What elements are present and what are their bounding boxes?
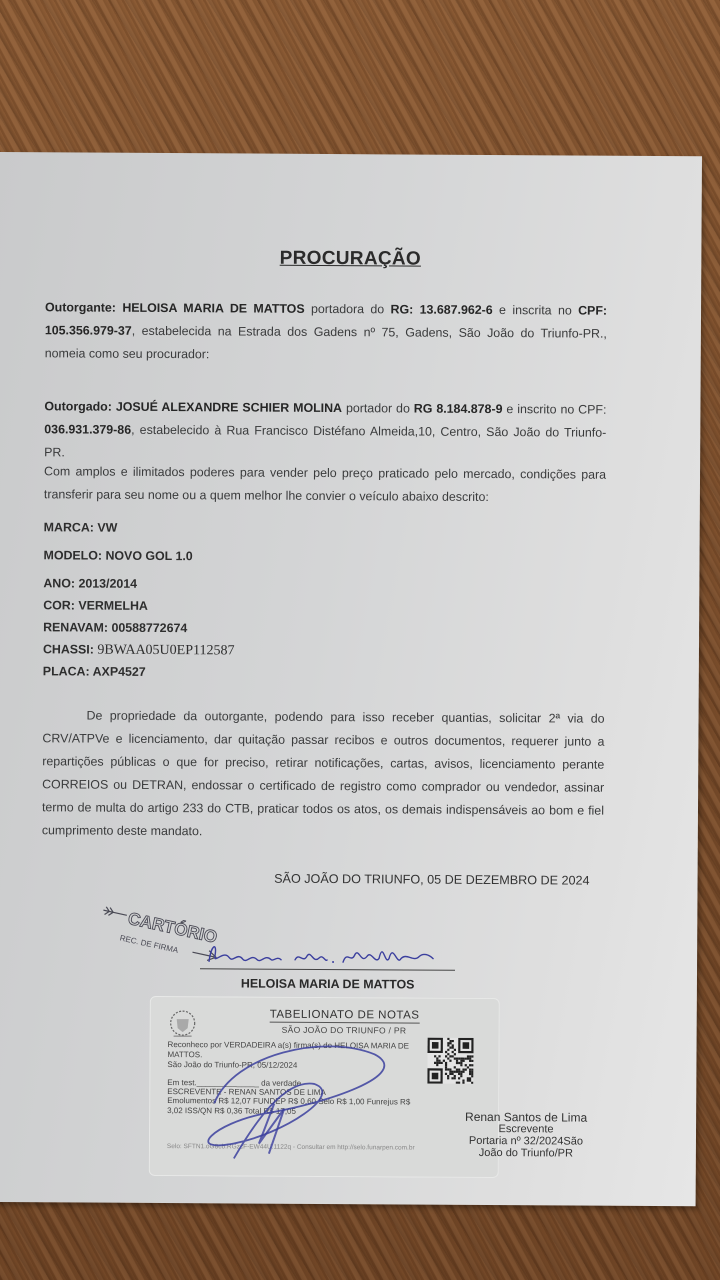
vehicle-field-value: 9BWAA05U0EP112587 xyxy=(97,643,234,659)
vehicle-field: CHASSI: 9BWAA05U0EP112587 xyxy=(43,642,235,659)
vehicle-field-label: COR: xyxy=(43,598,78,612)
outorgado-paragraph: Outorgado: JOSUÉ ALEXANDRE SCHIER MOLINA… xyxy=(44,395,606,467)
vehicle-field-label: CHASSI: xyxy=(43,642,97,656)
notary-fees: Emolumentos R$ 12,07 FUNDEP R$ 0,60 Selo… xyxy=(167,1096,422,1118)
vehicle-field: COR: VERMELHA xyxy=(43,598,148,613)
outorgado-rg: RG 8.184.878-9 xyxy=(414,402,503,417)
clerk-portaria: Portaria nº 32/2024São xyxy=(456,1135,596,1148)
vehicle-field: MARCA: VW xyxy=(44,520,118,534)
outorgante-text1: portadora do xyxy=(305,302,391,317)
outorgado-text2: e inscrito no CPF: xyxy=(502,402,606,417)
outorgante-rg: RG: 13.687.962-6 xyxy=(391,302,493,317)
vehicle-field-value: VW xyxy=(97,521,117,535)
outorgado-text1: portador do xyxy=(342,401,414,415)
place-date: SÃO JOÃO DO TRIUNFO, 05 DE DEZEMBRO DE 2… xyxy=(274,872,589,888)
vehicle-field: PLACA: AXP4527 xyxy=(43,664,146,679)
vehicle-field-label: RENAVAM: xyxy=(43,620,111,634)
vehicle-field-label: PLACA: xyxy=(43,664,93,678)
powers-intro: Com amplos e ilimitados poderes para ven… xyxy=(44,460,606,509)
outorgado-label: Outorgado: xyxy=(44,399,112,413)
document-page: PROCURAÇÃO Outorgante: HELOISA MARIA DE … xyxy=(0,152,702,1206)
coat-of-arms-icon xyxy=(168,1008,198,1040)
clerk-name: Renan Santos de Lima xyxy=(456,1111,596,1124)
vehicle-field: RENAVAM: 00588772674 xyxy=(43,620,187,635)
powers-detail: De propriedade da outorgante, podendo pa… xyxy=(42,704,605,845)
signer-name: HELOISA MARIA DE MATTOS xyxy=(241,976,415,991)
notary-title: TABELIONATO DE NOTAS xyxy=(270,1009,420,1024)
clerk-stamp: Renan Santos de Lima Escrevente Portaria… xyxy=(456,1111,596,1160)
vehicle-field-label: MODELO: xyxy=(43,548,105,562)
outorgante-cpf-label: CPF: xyxy=(578,304,607,318)
notary-place-date: São João do Triunfo-PR, 05/12/2024 xyxy=(167,1060,422,1072)
signature-icon xyxy=(203,935,453,973)
vehicle-field-value: 2013/2014 xyxy=(78,576,137,590)
vehicle-field-value: AXP4527 xyxy=(93,665,146,679)
vehicle-field: MODELO: NOVO GOL 1.0 xyxy=(43,548,192,563)
outorgado-name: JOSUÉ ALEXANDRE SCHIER MOLINA xyxy=(116,400,342,415)
outorgado-cpf: 036.931.379-86 xyxy=(44,422,131,437)
vehicle-field-value: NOVO GOL 1.0 xyxy=(105,549,192,564)
vehicle-field-label: MARCA: xyxy=(44,520,98,534)
outorgante-name: HELOISA MARIA DE MATTOS xyxy=(122,301,304,316)
vehicle-field-label: ANO: xyxy=(43,576,78,590)
clerk-city: João do Triunfo/PR xyxy=(456,1147,596,1160)
qr-code-icon[interactable] xyxy=(427,1038,473,1084)
vehicle-field: ANO: 2013/2014 xyxy=(43,576,137,591)
outorgante-text2: e inscrita no xyxy=(493,303,579,318)
outorgante-cpf: 105.356.979-37 xyxy=(45,323,132,338)
vehicle-details: MARCA: VWMODELO: NOVO GOL 1.0ANO: 2013/2… xyxy=(0,152,702,156)
document-title: PROCURAÇÃO xyxy=(0,246,701,272)
outorgante-label: Outorgante: xyxy=(45,300,116,314)
clerk-role: Escrevente xyxy=(456,1123,596,1136)
notary-seal-line: Selo: SFTN1.oG8cb.RGzcF-EW44U.1122q - Co… xyxy=(167,1143,487,1152)
notary-stamp: TABELIONATO DE NOTAS SÃO JOÃO DO TRIUNFO… xyxy=(149,996,500,1178)
notary-recognition: Reconheco por VERDADEIRA a(s) firma(s) d… xyxy=(167,1040,422,1062)
vehicle-field-value: 00588772674 xyxy=(111,621,187,635)
outorgante-paragraph: Outorgante: HELOISA MARIA DE MATTOS port… xyxy=(45,296,607,368)
notary-subtitle: SÃO JOÃO DO TRIUNFO / PR xyxy=(282,1025,407,1036)
vehicle-field-value: VERMELHA xyxy=(78,598,148,612)
